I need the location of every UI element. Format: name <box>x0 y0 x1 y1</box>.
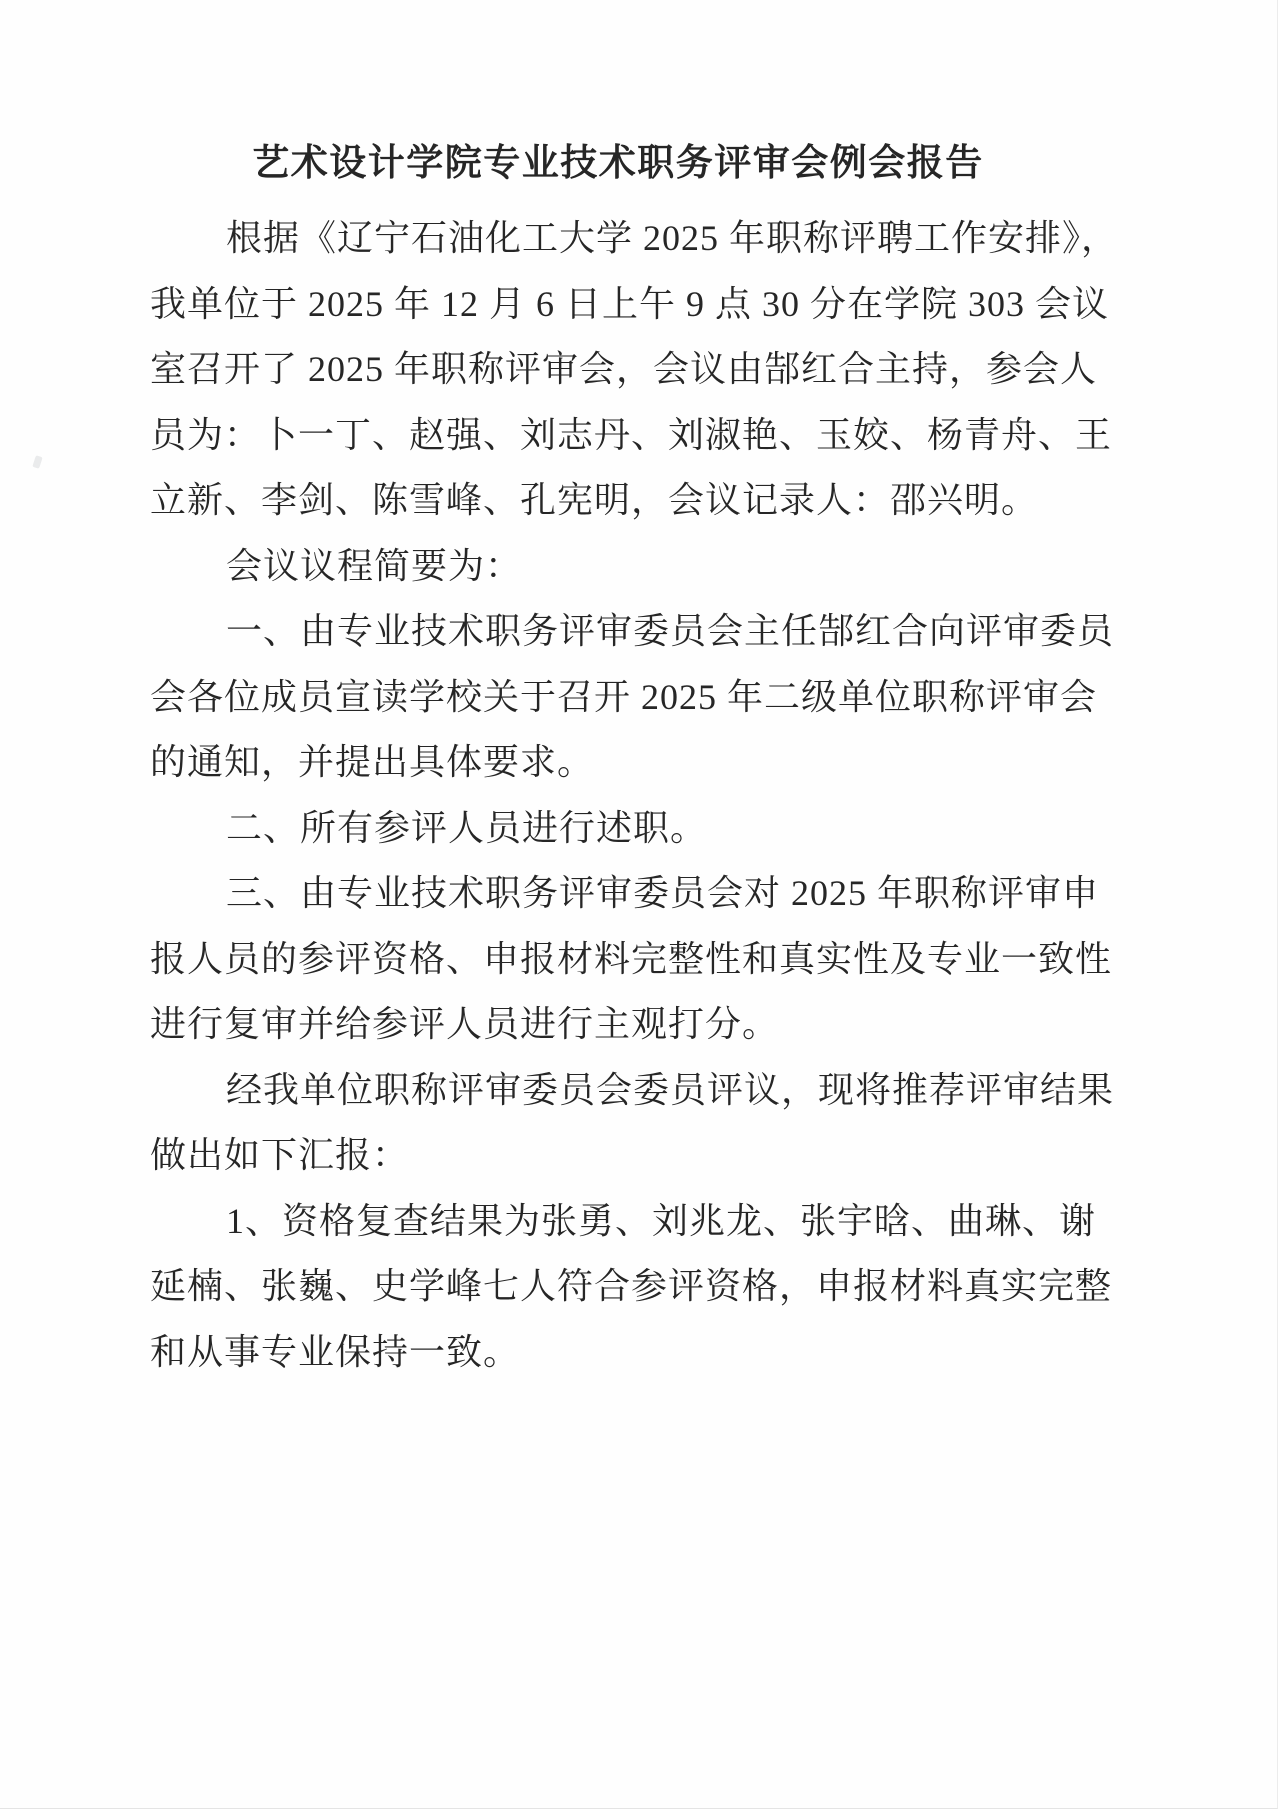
doc-line: 二、所有参评人员进行述职。 <box>150 796 1086 862</box>
doc-line: 经我单位职称评审委员会委员评议，现将推荐评审结果 <box>150 1058 1086 1124</box>
document-body: 艺术设计学院专业技术职务评审会例会报告 根据《辽宁石油化工大学 2025 年职称… <box>150 138 1086 1385</box>
scan-artifact <box>32 455 42 469</box>
doc-line: 一、由专业技术职务评审委员会主任郜红合向评审委员 <box>150 599 1086 665</box>
doc-line: 和从事专业保持一致。 <box>150 1320 1086 1386</box>
doc-line: 进行复审并给参评人员进行主观打分。 <box>150 992 1086 1058</box>
scanned-document-page: 艺术设计学院专业技术职务评审会例会报告 根据《辽宁石油化工大学 2025 年职称… <box>0 0 1278 1809</box>
document-title: 艺术设计学院专业技术职务评审会例会报告 <box>150 138 1086 190</box>
doc-line: 室召开了 2025 年职称评审会，会议由郜红合主持，参会人 <box>150 337 1086 403</box>
doc-line: 员为：卜一丁、赵强、刘志丹、刘淑艳、玉姣、杨青舟、王 <box>150 403 1086 469</box>
doc-line: 做出如下汇报： <box>150 1123 1086 1189</box>
doc-line: 1、资格复查结果为张勇、刘兆龙、张宇晗、曲琳、谢 <box>150 1189 1086 1255</box>
doc-line: 会议议程简要为： <box>150 534 1086 600</box>
doc-line: 会各位成员宣读学校关于召开 2025 年二级单位职称评审会 <box>150 665 1086 731</box>
doc-line: 的通知，并提出具体要求。 <box>150 730 1086 796</box>
doc-line: 延楠、张巍、史学峰七人符合参评资格，申报材料真实完整 <box>150 1254 1086 1320</box>
doc-line: 根据《辽宁石油化工大学 2025 年职称评聘工作安排》， <box>150 206 1086 272</box>
doc-line: 我单位于 2025 年 12 月 6 日上午 9 点 30 分在学院 303 会… <box>150 272 1086 338</box>
doc-line: 报人员的参评资格、申报材料完整性和真实性及专业一致性 <box>150 927 1086 993</box>
doc-line: 立新、李剑、陈雪峰、孔宪明，会议记录人：邵兴明。 <box>150 468 1086 534</box>
doc-line: 三、由专业技术职务评审委员会对 2025 年职称评审申 <box>150 861 1086 927</box>
